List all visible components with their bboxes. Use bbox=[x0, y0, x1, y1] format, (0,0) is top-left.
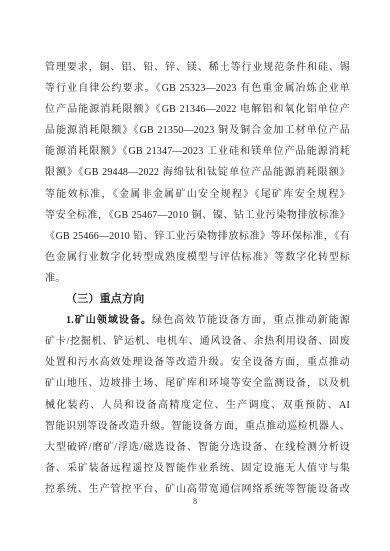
text-line: 准。 bbox=[45, 268, 350, 289]
text-line: 备、采矿装备远程遥控及智能作业系统、固定设施无人值守与集 bbox=[45, 458, 350, 479]
text-line: 等能效标准，《金属非金属矿山安全规程》《尾矿库安全规程》 bbox=[45, 184, 350, 205]
text-line: 械化装药、人员和设备高精度定位、生产调度、双重预防、AI bbox=[45, 395, 350, 416]
text-line: 矿山地压、边坡排土场、尾矿库和环境等安全监测设备，以及机 bbox=[45, 373, 350, 394]
text-line: 能源消耗限额》《GB 21347—2023 工业硅和镁单位产品能源消耗 bbox=[45, 141, 350, 162]
text-line: 色金属行业数字化转型成熟度模型与评估标准》等数字化转型标 bbox=[45, 247, 350, 268]
text-line: 1.矿山领域设备。绿色高效节能设备方面，重点推动新能源 bbox=[45, 310, 350, 331]
text-line: 位产品能源消耗限额》《GB 21346—2022 电解铝和氧化铝单位产 bbox=[45, 99, 350, 120]
document-page: 管理要求，铜、铝、铅、锌、镁、稀土等行业规范条件和硅、锡 等行业自律公约要求。《… bbox=[0, 0, 390, 551]
section-heading: （三）重点方向 bbox=[45, 289, 350, 310]
paragraph-lead: 1.矿山领域设备。 bbox=[66, 315, 152, 326]
page-number: 8 bbox=[0, 497, 390, 506]
text-line: 管理要求，铜、铝、铅、锌、镁、稀土等行业规范条件和硅、锡 bbox=[45, 57, 350, 78]
text-line: 处置和污水高效处理设备等改造升级。安全设备方面，重点推动 bbox=[45, 352, 350, 373]
text-line: 大型破碎/磨矿/浮选/磁选设备、智能分选设备、在线检测分析设 bbox=[45, 437, 350, 458]
text-line: 限额》《GB 29448—2022 海绵钛和钛锭单位产品能源消耗限额》 bbox=[45, 162, 350, 183]
text-line: 《GB 25466—2010 铅、锌工业污染物排放标准》等环保标准，《有 bbox=[45, 226, 350, 247]
text-line: 矿卡/挖掘机、铲运机、电机车、通风设备、余热利用设备、固废 bbox=[45, 331, 350, 352]
text-line: 智能识别等设备改造升级。智能设备方面，重点推动巡检机器人、 bbox=[45, 416, 350, 437]
text-block: 管理要求，铜、铝、铅、锌、镁、稀土等行业规范条件和硅、锡 等行业自律公约要求。《… bbox=[45, 57, 350, 500]
text-line: 等安全标准，《GB 25467—2010 铜、镍、钴工业污染物排放标准》 bbox=[45, 205, 350, 226]
text-line: 等行业自律公约要求。《GB 25323—2023 有色重金属冶炼企业单 bbox=[45, 78, 350, 99]
paragraph-lead-rest: 绿色高效节能设备方面，重点推动新能源 bbox=[152, 315, 350, 326]
text-line: 品能源消耗限额》《GB 21350—2023 铜及铜合金加工材单位产品 bbox=[45, 120, 350, 141]
